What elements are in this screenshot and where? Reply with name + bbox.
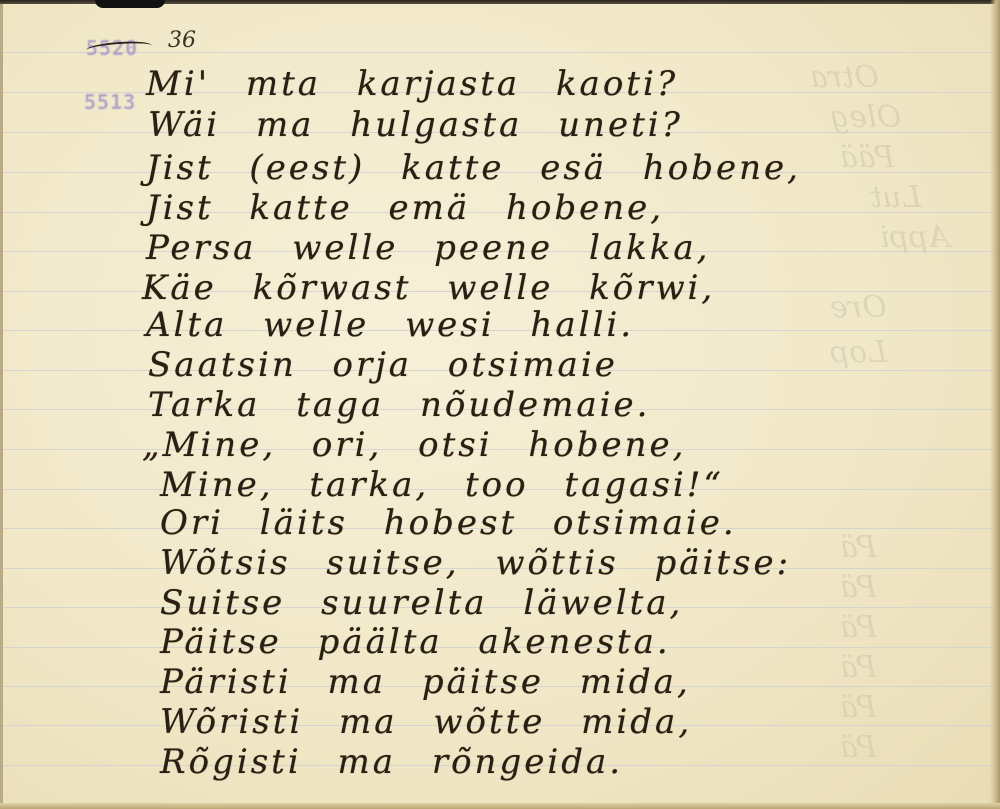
verse-line: „Mine, ori, otsi hobene, (142, 425, 687, 465)
verse-line: Käe kõrwast welle kõrwi, (142, 268, 715, 308)
left-page-edge (0, 4, 3, 809)
verse-line: Wõristi ma wõtte mida, (160, 702, 692, 742)
verse-line: Suitse suurelta läwelta, (160, 583, 683, 623)
binding-mark (95, 0, 165, 8)
bleed-word: Pää (840, 140, 895, 175)
bleed-word: Pä (840, 730, 877, 765)
verse-line: Jist katte emä hobene, (146, 188, 664, 228)
verse-line: Ori läits hobest otsimaie. (160, 503, 737, 543)
verse-line: Rõgisti ma rõngeida. (160, 742, 623, 782)
verse-line: Mi' mta karjasta kaoti? (146, 64, 678, 104)
verse-line: Päitse päälta akenesta. (160, 622, 671, 662)
bleed-word: Oleg (830, 100, 901, 135)
bleed-word: Appi (880, 220, 950, 255)
verse-line: Persa welle peene lakka, (146, 228, 710, 268)
bleed-word: Pä (840, 530, 877, 565)
verse-line: Alta welle wesi halli. (146, 305, 634, 345)
verse-line: Tarka taga nõudemaie. (148, 385, 650, 425)
notebook-page: Otra Oleg Pää Lut Appi Ore Lop Pä Pä Pä … (0, 0, 1000, 809)
verse-line: Jist (eest) katte esä hobene, (146, 148, 801, 188)
rule-line (3, 52, 992, 53)
verse-line: Wäi ma hulgasta uneti? (148, 105, 683, 145)
bleed-word: Pä (840, 690, 877, 725)
bleed-word: Lop (830, 335, 887, 370)
top-binding-edge (0, 0, 1000, 4)
archive-stamp: 5513 (84, 90, 136, 114)
page-number: 36 (168, 28, 196, 53)
verse-line: Saatsin orja otsimaie (148, 345, 618, 385)
verse-line: Wõtsis suitse, wõttis päitse: (160, 543, 791, 583)
bleed-word: Pä (840, 610, 877, 645)
bleed-word: Lut (870, 180, 921, 215)
bleed-word: Ore (830, 290, 887, 325)
bleed-word: Pä (840, 650, 877, 685)
verse-line: Päristi ma päitse mida, (160, 662, 691, 702)
right-page-edge (990, 0, 1000, 809)
bleed-word: Otra (810, 60, 879, 95)
verse-line: Mine, tarka, too tagasi!“ (160, 465, 724, 505)
bleed-word: Pä (840, 570, 877, 605)
bottom-page-edge (0, 803, 1000, 809)
